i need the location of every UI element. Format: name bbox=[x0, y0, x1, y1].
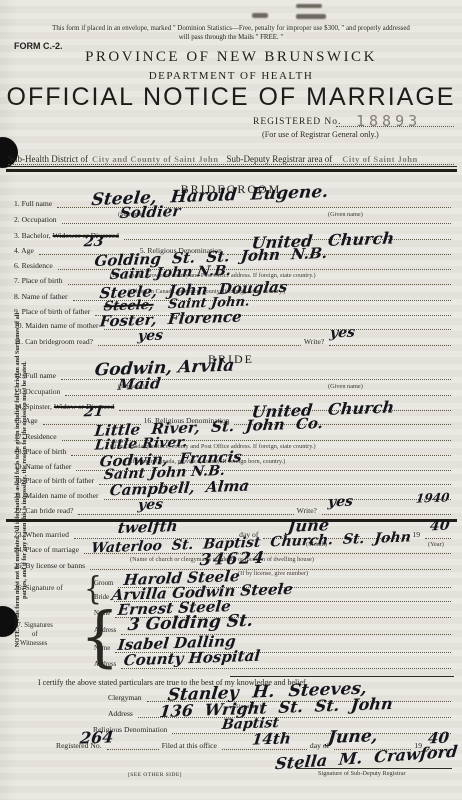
label: Write? bbox=[304, 338, 326, 346]
mail-instruction-line2: will pass through the Mails " FREE. " bbox=[0, 34, 462, 41]
hw-married-year: 40 bbox=[429, 519, 450, 534]
registered-no-stamp: 18893 bbox=[356, 112, 421, 130]
hw-bride-write: yes bbox=[327, 495, 354, 510]
label: 24. Place of marriage bbox=[14, 546, 81, 554]
label: 4. Age bbox=[14, 247, 36, 255]
hw-bride-age: 21 bbox=[83, 405, 104, 420]
label: Write? bbox=[297, 507, 319, 515]
label: 12. Full name bbox=[14, 372, 58, 380]
label: Clergyman bbox=[108, 694, 144, 702]
hw-witness1-address: 3 Golding St. bbox=[127, 613, 254, 634]
label: 3. Bachelor, bbox=[14, 232, 53, 240]
signature-of-label: 26. Signature of bbox=[14, 583, 63, 592]
divider-thick bbox=[6, 519, 457, 522]
label: 7. Place of birth bbox=[14, 277, 65, 285]
label: 21. Maiden name of mother bbox=[14, 492, 101, 500]
write-line bbox=[222, 749, 307, 750]
label: 19 bbox=[412, 531, 422, 539]
hw-registered-no: 264 bbox=[79, 729, 114, 746]
label: 19. Name of father bbox=[14, 463, 73, 471]
divider-thin bbox=[8, 166, 457, 167]
label: 9. Place of birth of father bbox=[14, 308, 92, 316]
label: 20. Place of birth of father bbox=[14, 477, 96, 485]
bleedthrough-marks bbox=[296, 14, 326, 19]
hw-filed-day: 14th bbox=[251, 731, 291, 747]
province-title: PROVINCE OF NEW BRUNSWICK bbox=[0, 49, 462, 66]
divider-thick bbox=[6, 169, 457, 172]
witness-label-3: Witnesses bbox=[20, 640, 47, 647]
write-line bbox=[62, 223, 451, 224]
hw-groom-read: yes bbox=[137, 329, 164, 344]
hw-bride-occupation: Maid bbox=[117, 376, 161, 392]
page-title: OFFICIAL NOTICE OF MARRIAGE bbox=[0, 83, 462, 112]
registered-no-label: REGISTERED No. bbox=[253, 117, 341, 127]
hw-license-no: 34624 bbox=[199, 550, 267, 568]
stray-line bbox=[230, 676, 454, 677]
write-line bbox=[322, 514, 451, 515]
hw-groom-occupation: Soldier bbox=[119, 204, 181, 221]
label: 2. Occupation bbox=[14, 216, 59, 224]
field-bride-occupation: 13. Occupation bbox=[14, 385, 454, 396]
license-hint: (If by license, give number) bbox=[238, 570, 308, 577]
see-other-side-note: [SEE OTHER SIDE] bbox=[128, 772, 182, 778]
label: 15. Age bbox=[14, 417, 40, 425]
label: 14. Spinster, bbox=[14, 403, 54, 411]
registrar-area-label: Sub-Deputy Registrar area of bbox=[227, 154, 333, 164]
hw-groom-age: 23 bbox=[83, 235, 104, 250]
label: Address bbox=[94, 662, 118, 669]
field-groom-read-write: 11. Can bridegroom read? Write? bbox=[14, 335, 454, 346]
write-line bbox=[78, 514, 293, 515]
field-bride-fullname: 12. Full name bbox=[14, 369, 454, 380]
label: 8. Name of father bbox=[14, 293, 70, 301]
registrar-area-value-stamp: City of Saint John bbox=[342, 154, 418, 164]
department-title: DEPARTMENT OF HEALTH bbox=[0, 70, 462, 82]
label: Address bbox=[108, 710, 135, 718]
label: 18. Place of birth bbox=[14, 448, 68, 456]
write-line bbox=[98, 345, 301, 346]
witness-label-1: 27. Signatures bbox=[14, 622, 53, 629]
district-row: Sub-Health District of City and County o… bbox=[8, 152, 454, 165]
marriage-notice-document: This form if placed in an envelope, mark… bbox=[0, 0, 462, 800]
hw-married-day: twelfth bbox=[117, 519, 178, 536]
label: Name bbox=[94, 646, 112, 653]
hw-filed-month: June, bbox=[327, 728, 379, 747]
write-line bbox=[425, 538, 451, 539]
label: 25. By license or banns bbox=[14, 562, 87, 570]
bleedthrough-marks bbox=[252, 13, 268, 18]
label: 17. Residence bbox=[14, 433, 59, 441]
write-line bbox=[65, 395, 451, 396]
label: 13. Occupation bbox=[14, 388, 62, 396]
label: 23. When married bbox=[14, 531, 71, 539]
label: 11. Can bridegroom read? bbox=[14, 338, 95, 346]
registrar-only-note: (For use of Registrar General only.) bbox=[262, 130, 379, 139]
label: 6. Residence bbox=[14, 262, 55, 270]
hw-bride-fullname: Godwin, Arvila bbox=[94, 358, 235, 380]
label: 1. Full name bbox=[14, 200, 54, 208]
label: 22. Can bride read? bbox=[14, 507, 75, 515]
label: Name bbox=[94, 611, 112, 618]
district-label: Sub-Health District of bbox=[8, 154, 88, 164]
district-value-stamp: City and County of Saint John bbox=[92, 154, 219, 164]
hw-stray-year: 1940 bbox=[415, 491, 450, 504]
field-groom-occupation: 2. Occupation bbox=[14, 213, 454, 224]
write-line bbox=[107, 749, 159, 750]
write-line bbox=[172, 733, 451, 734]
label: Filed at this office bbox=[162, 742, 219, 750]
label: 10. Maiden name of mother bbox=[14, 322, 101, 330]
bleedthrough-marks bbox=[296, 4, 322, 8]
witness-label-2: of bbox=[32, 631, 38, 638]
hw-bride-read: yes bbox=[137, 498, 164, 513]
label: Address bbox=[94, 628, 118, 635]
write-line bbox=[329, 345, 451, 346]
hw-groom-write: yes bbox=[329, 326, 356, 341]
write-line bbox=[121, 668, 451, 669]
registrar-signature-hint: Signature of Sub-Deputy Registrar bbox=[318, 770, 406, 777]
field-bride-read-write: 22. Can bride read? Write? bbox=[14, 504, 454, 515]
mail-instruction-line1: This form if placed in an envelope, mark… bbox=[0, 25, 462, 32]
